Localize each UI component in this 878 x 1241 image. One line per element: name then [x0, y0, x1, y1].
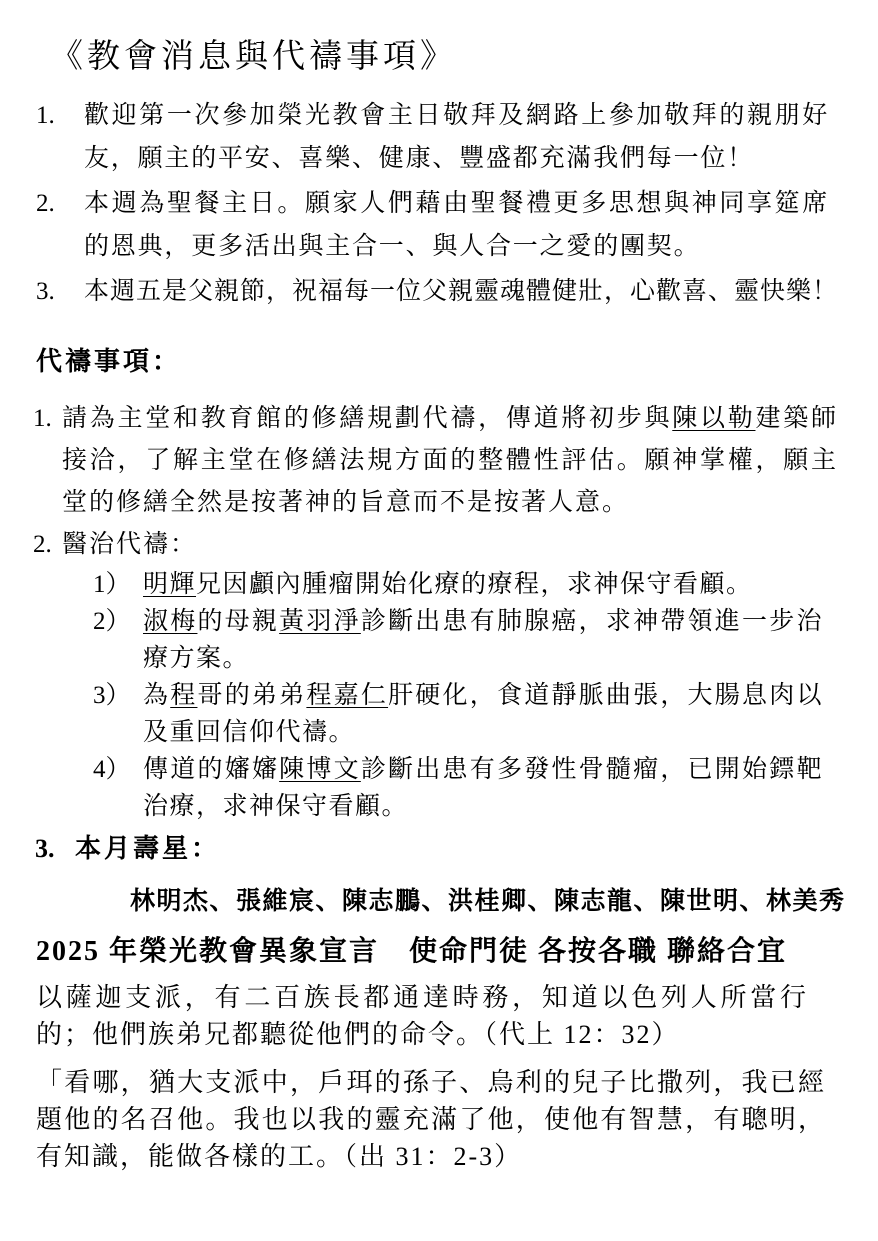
announcements-list: 1. 歡迎第一次參加榮光教會主日敬拜及網路上參加敬拜的親朋好友，願主的平安、喜樂… — [36, 94, 838, 313]
vision-heading: 2025 年榮光教會異象宣言 使命門徒 各按各職 聯絡合宜 — [36, 932, 838, 972]
item-text: 醫治代禱： — [62, 524, 838, 566]
underlined-name: 陳以勒 — [672, 405, 755, 432]
document-page: 《教會消息與代禱事項》 1. 歡迎第一次參加榮光教會主日敬拜及網路上參加敬拜的親… — [0, 0, 878, 1241]
item-number: 3. — [36, 270, 84, 313]
item-number: 1. — [33, 398, 62, 440]
text-segment: 為 — [143, 682, 170, 709]
item-text: 請為主堂和教育館的修繕規劃代禱，傳道將初步與陳以勒建築師接洽，了解主堂在修繕法規… — [62, 398, 838, 524]
prayer-item: 2. 醫治代禱： — [36, 524, 838, 566]
text-segment: 傳道的嬸嬸 — [143, 756, 279, 783]
prayer-item: 1. 請為主堂和教育館的修繕規劃代禱，傳道將初步與陳以勒建築師接洽，了解主堂在修… — [36, 398, 838, 524]
item-number: 2. — [33, 524, 62, 566]
underlined-name: 程嘉仁 — [306, 682, 388, 709]
subitem-text: 傳道的嬸嬸陳博文診斷出患有多發性骨髓瘤，已開始鏢靶治療，求神保守看顧。 — [143, 751, 823, 825]
medical-prayer-subitem: 3） 為程哥的弟弟程嘉仁肝硬化，食道靜脈曲張，大腸息肉以及重回信仰代禱。 — [93, 677, 838, 751]
birthday-heading: 本月壽星： — [75, 830, 220, 868]
underlined-name: 陳博文 — [279, 756, 361, 783]
document-title: 《教會消息與代禱事項》 — [50, 34, 838, 80]
prayer-section-heading: 代禱事項： — [36, 343, 838, 381]
medical-prayer-sublist: 1） 明輝兄因顱內腫瘤開始化療的療程，求神保守看顧。 2） 淑梅的母親黃羽淨診斷… — [93, 566, 838, 825]
subitem-text: 明輝兄因顱內腫瘤開始化療的療程，求神保守看顧。 — [143, 566, 823, 603]
text-segment: 的母親 — [197, 608, 279, 635]
text-segment: 請為主堂和教育館的修繕規劃代禱，傳道將初步與 — [62, 405, 672, 432]
item-text: 本週為聖餐主日。願家人們藉由聖餐禮更多思想與神同享筵席的恩典，更多活出與主合一、… — [84, 182, 829, 268]
underlined-name: 淑梅 — [143, 608, 197, 635]
item-number: 1. — [36, 94, 84, 137]
item-text: 本週五是父親節，祝福每一位父親靈魂體健壯，心歡喜、靈快樂！ — [84, 270, 838, 313]
subitem-text: 淑梅的母親黃羽淨診斷出患有肺腺癌，求神帶領進一步治療方案。 — [143, 603, 823, 677]
medical-prayer-subitem: 2） 淑梅的母親黃羽淨診斷出患有肺腺癌，求神帶領進一步治療方案。 — [93, 603, 838, 677]
subitem-number: 3） — [93, 677, 143, 714]
prayer-list: 1. 請為主堂和教育館的修繕規劃代禱，傳道將初步與陳以勒建築師接洽，了解主堂在修… — [36, 398, 838, 825]
verse-paragraph: 以薩迦支派，有二百族長都通達時務，知道以色列人所當行的；他們族弟兄都聽從他們的命… — [36, 979, 808, 1053]
underlined-name: 黃羽淨 — [279, 608, 361, 635]
announcement-item: 3. 本週五是父親節，祝福每一位父親靈魂體健壯，心歡喜、靈快樂！ — [36, 270, 838, 313]
text-segment: 哥的弟弟 — [197, 682, 306, 709]
text-segment: 醫治代禱： — [62, 531, 197, 558]
verse-paragraph: 「看哪，猶大支派中，戶珥的孫子、烏利的兒子比撒列，我已經題他的名召他。我也以我的… — [36, 1064, 826, 1175]
item-number: 3. — [35, 830, 75, 868]
subitem-number: 4） — [93, 751, 143, 788]
text-segment: 兄因顱內腫瘤開始化療的療程，求神保守看顧。 — [196, 571, 753, 598]
item-text: 歡迎第一次參加榮光教會主日敬拜及網路上參加敬拜的親朋好友，願主的平安、喜樂、健康… — [84, 94, 829, 180]
subitem-number: 1） — [93, 566, 143, 603]
medical-prayer-subitem: 4） 傳道的嬸嬸陳博文診斷出患有多發性骨髓瘤，已開始鏢靶治療，求神保守看顧。 — [93, 751, 838, 825]
underlined-name: 明輝 — [143, 571, 196, 598]
announcement-item: 1. 歡迎第一次參加榮光教會主日敬拜及網路上參加敬拜的親朋好友，願主的平安、喜樂… — [36, 94, 838, 180]
subitem-text: 為程哥的弟弟程嘉仁肝硬化，食道靜脈曲張，大腸息肉以及重回信仰代禱。 — [143, 677, 823, 751]
birthday-names: 林明杰、張維宸、陳志鵬、洪桂卿、陳志龍、陳世明、林美秀 — [130, 884, 838, 920]
subitem-number: 2） — [93, 603, 143, 640]
medical-prayer-subitem: 1） 明輝兄因顱內腫瘤開始化療的療程，求神保守看顧。 — [93, 566, 838, 603]
announcement-item: 2. 本週為聖餐主日。願家人們藉由聖餐禮更多思想與神同享筵席的恩典，更多活出與主… — [36, 182, 838, 268]
birthday-item: 3. 本月壽星： — [36, 830, 838, 868]
item-number: 2. — [36, 182, 84, 225]
underlined-name: 程 — [170, 682, 197, 709]
